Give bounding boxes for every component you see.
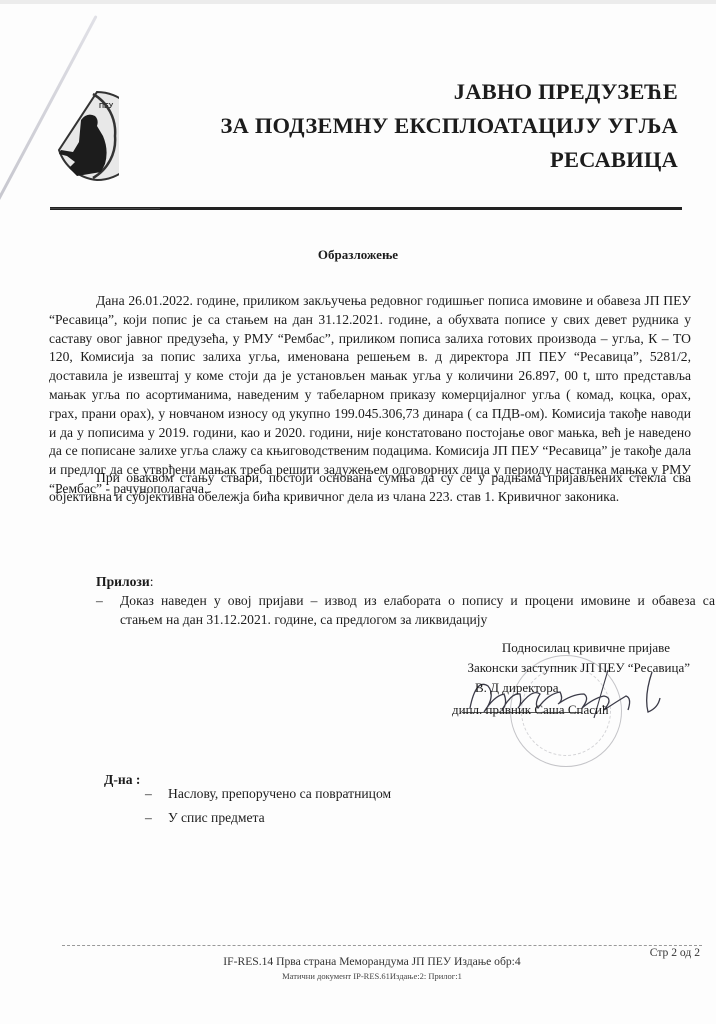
list-dash: – <box>145 810 168 826</box>
paragraph-line: При оваквом стању ствари, постоји основа… <box>49 469 691 488</box>
paragraph-line: саставу овог јавног предузећа, у РМУ “Ре… <box>49 330 691 349</box>
paragraph-explanation: Дана 26.01.2022. године, приликом закључ… <box>49 292 691 499</box>
header-divider <box>50 207 682 210</box>
paragraph-line: мањак угља по асортиманима, наведеним у … <box>49 386 691 405</box>
signature-role: Законски заступник ЈП ПЕУ “Ресавица” <box>430 658 690 678</box>
footer-divider <box>62 945 702 946</box>
company-name-line-1: ЈАВНО ПРЕДУЗЕЋЕ <box>220 75 678 109</box>
attachment-line: стањем на дан 31.12.2021. године, са пре… <box>120 611 715 630</box>
paragraph-line: “Ресавица”, који попис је са стањем на д… <box>49 311 691 330</box>
logo-text: ПЕУ <box>99 103 114 110</box>
paragraph-line: да се пописане залихе угља слажу са књиг… <box>49 442 691 461</box>
distribution-item: –У спис предмета <box>145 810 265 826</box>
paragraph-line: доставила је извештај у коме стоји да је… <box>49 367 691 386</box>
miner-logo-icon: ПЕУ <box>53 90 119 182</box>
paragraph-line: Дана 26.01.2022. године, приликом закључ… <box>49 292 691 311</box>
company-name-line-3: РЕСАВИЦА <box>220 143 678 177</box>
attachments-heading-text: Прилози <box>96 574 150 589</box>
company-name-line-2: ЗА ПОДЗЕМНУ ЕКСПЛОАТАЦИЈУ УГЉА <box>220 109 678 143</box>
list-dash: – <box>96 592 103 611</box>
distribution-item: –Наслову, препоручено са повратницом <box>145 786 391 802</box>
paragraph-conclusion: При оваквом стању ствари, постоји основа… <box>49 469 691 507</box>
signature-position: В. Д директора <box>430 678 690 698</box>
attachment-line: Доказ наведен у овој пријави – извод из … <box>120 592 715 611</box>
paragraph-line: и да у пописима у 2019. години, као и 20… <box>49 424 691 443</box>
distribution-heading: Д-на : <box>104 772 140 788</box>
attachments-heading-colon: : <box>150 574 154 589</box>
page-number: Стр 2 од 2 <box>650 946 700 959</box>
signature-title: Подносилац кривичне пријаве <box>430 638 670 658</box>
company-name: ЈАВНО ПРЕДУЗЕЋЕ ЗА ПОДЗЕМНУ ЕКСПЛОАТАЦИЈ… <box>220 75 678 177</box>
footer-reference: Матични документ IP-RES.61Издање:2: Прил… <box>0 971 716 981</box>
distribution-item-text: У спис предмета <box>168 810 265 825</box>
signature-block: Подносилац кривичне пријаве Законски зас… <box>430 638 690 720</box>
signatory-name: дипл. правник Саша Спасић <box>430 700 690 720</box>
paragraph-line: објективна и субјективна обележја бића к… <box>49 488 691 507</box>
document-heading: Образложење <box>0 247 716 263</box>
list-dash: – <box>145 786 168 802</box>
distribution-item-text: Наслову, препоручено са повратницом <box>168 786 391 801</box>
paragraph-line: 120, Комисија за попис залиха угља, имен… <box>49 348 691 367</box>
attachments-heading: Прилози: <box>96 574 153 590</box>
paragraph-line: грах, прани орах), у новчаном износу од … <box>49 405 691 424</box>
footer-form-code: IF-RES.14 Прва страна Меморандума ЈП ПЕУ… <box>0 955 716 968</box>
